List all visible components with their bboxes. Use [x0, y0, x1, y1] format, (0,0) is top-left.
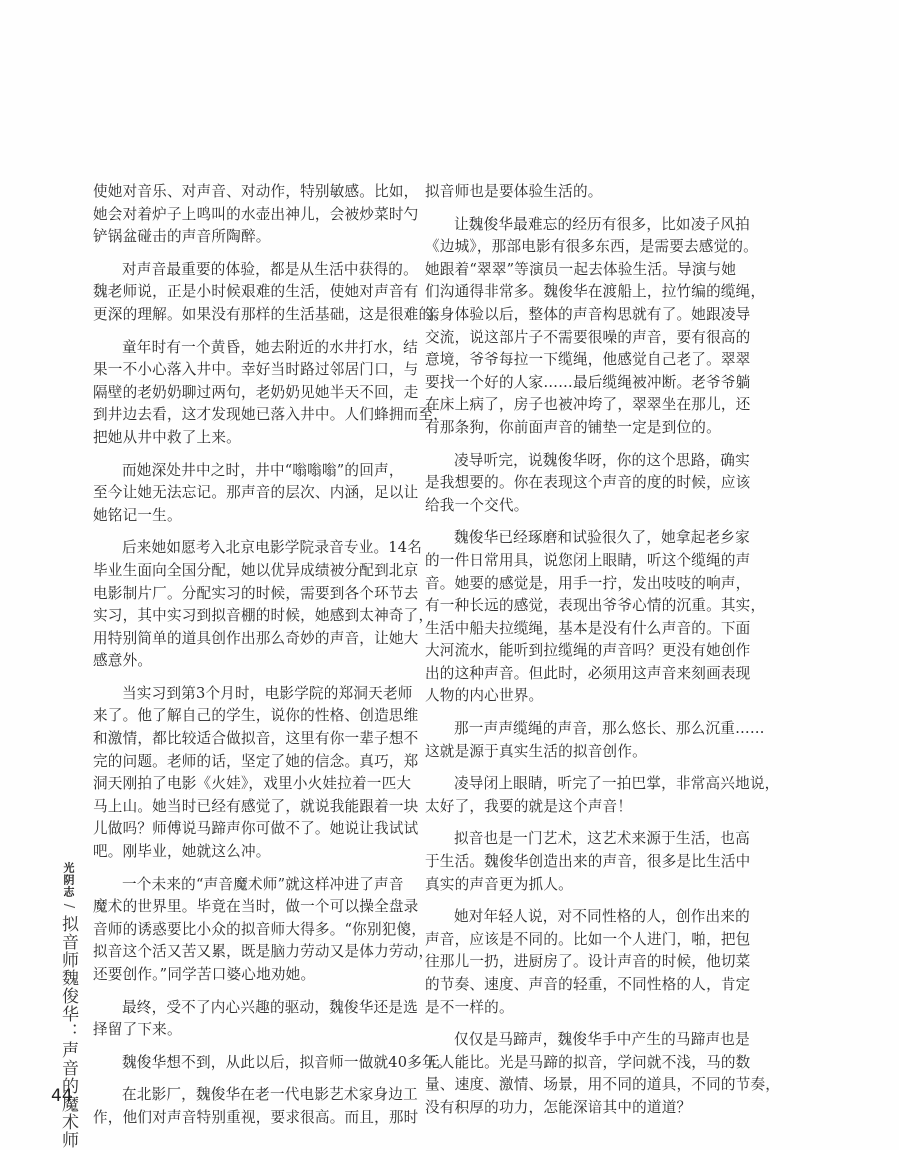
text-line: 们沟通得非常多。魏俊华在渡船上，拉竹编的缆绳，: [425, 281, 770, 304]
text-line: 童年时有一个黄昏，她去附近的水井打水，结: [93, 337, 413, 360]
text-line: 交流，说这部片子不需要很噪的声音，要有很高的: [425, 327, 770, 350]
text-line: 仅仅是马蹄声，魏俊华手中产生的马蹄声也是: [425, 1029, 770, 1052]
text-line: 魏俊华想不到，从此以后，拟音师一做就40多年。: [93, 1052, 413, 1075]
text-line: 那一声声缆绳的声音，那么悠长、那么沉重……: [425, 718, 770, 741]
text-line: 音。她要的感觉是，用手一拧，发出吱吱的响声，: [425, 573, 770, 596]
text-line: 有一种长远的感觉，表现出爷爷心情的沉重。其实，: [425, 595, 770, 618]
text-line: 实习，其中实习到拟音棚的时候，她感到太神奇了，: [93, 605, 413, 628]
text-line: 大河流水，能听到拉缆绳的声音吗？更没有她创作: [425, 640, 770, 663]
text-line: 当实习到第3个月时，电影学院的郑洞天老师: [93, 683, 413, 706]
text-line: 给我一个交代。: [425, 495, 770, 518]
text-line: 来了。他了解自己的学生，说你的性格、创造思维: [93, 705, 413, 728]
text-line: 铲锅盆碰击的声音所陶醉。: [93, 226, 413, 249]
text-line: 洞天刚拍了电影《火娃》，戏里小火娃拉着一匹大: [93, 773, 413, 796]
text-line: 拟音师也是要体验生活的。: [425, 181, 770, 204]
text-line: 人物的内心世界。: [425, 685, 770, 708]
paragraph: 魏俊华想不到，从此以后，拟音师一做就40多年。: [93, 1052, 413, 1075]
paragraph: 在北影厂，魏俊华在老一代电影艺术家身边工作，他们对声音特别重视，要求很高。而且，…: [93, 1084, 413, 1129]
text-line: 完的问题。老师的话，坚定了她的信念。真巧，郑: [93, 751, 413, 774]
text-line: 把她从井中救了上来。: [93, 427, 413, 450]
text-line: 择留了下来。: [93, 1019, 413, 1042]
text-line: 她跟着“翠翠”等演员一起去体验生活。导演与她: [425, 259, 770, 282]
text-line: 出的这种声音。但此时，必须用这声音来刻画表现: [425, 663, 770, 686]
text-line: 最终，受不了内心兴趣的驱动，魏俊华还是选: [93, 997, 413, 1020]
paragraph: 最终，受不了内心兴趣的驱动，魏俊华还是选择留了下来。: [93, 997, 413, 1042]
text-line: 她铭记一生。: [93, 505, 413, 528]
paragraph: 对声音最重要的体验，都是从生活中获得的。魏老师说，正是小时候艰难的生活，使她对声…: [93, 259, 413, 327]
text-line: 魔术的世界里。毕竟在当时，做一个可以操全盘录: [93, 896, 413, 919]
paragraph: 那一声声缆绳的声音，那么悠长、那么沉重……这就是源于真实生活的拟音创作。: [425, 718, 770, 763]
paragraph: 一个未来的“声音魔术师”就这样冲进了声音魔术的世界里。毕竟在当时，做一个可以操全…: [93, 874, 413, 987]
text-line: 凌导闭上眼睛，听完了一拍巴掌，非常高兴地说，: [425, 773, 770, 796]
paragraph: 当实习到第3个月时，电影学院的郑洞天老师来了。他了解自己的学生，说你的性格、创造…: [93, 683, 413, 864]
title-separator: /: [61, 904, 75, 908]
text-line: 声音，应该是不同的。比如一个人进门，啪，把包: [425, 929, 770, 952]
text-line: 感意外。: [93, 650, 413, 673]
text-line: 电影制片厂。分配实习的时候，需要到各个环节去: [93, 583, 413, 606]
paragraph: 拟音也是一门艺术，这艺术来源于生活，也高于生活。魏俊华创造出来的声音，很多是比生…: [425, 828, 770, 896]
text-column-right: 拟音师也是要体验生活的。让魏俊华最难忘的经历有很多，比如凌子风拍《边城》，那部电…: [425, 181, 770, 1130]
paragraph: 她对年轻人说，对不同性格的人，创作出来的声音，应该是不同的。比如一个人进门，啪，…: [425, 906, 770, 1019]
text-line: 是不一样的。: [425, 997, 770, 1020]
paragraph: 后来她如愿考入北京电影学院录音专业。14名毕业生面向全国分配，她以优异成绩被分配…: [93, 537, 413, 673]
text-line: 没有积厚的功力，怎能深谙其中的道道？: [425, 1097, 770, 1120]
text-line: 太好了，我要的就是这个声音！: [425, 796, 770, 819]
text-line: 果一不小心落入井中。幸好当时路过邻居门口，与: [93, 359, 413, 382]
paragraph: 魏俊华已经琢磨和试验很久了，她拿起老乡家的一件日常用具，说您闭上眼睛，听这个缆绳…: [425, 527, 770, 708]
text-line: 的节奏、速度、声音的轻重，不同性格的人，肯定: [425, 974, 770, 997]
paragraph: 拟音师也是要体验生活的。: [425, 181, 770, 204]
text-line: 要找一个好的人家……最后缆绳被冲断。老爷爷躺: [425, 372, 770, 395]
paragraph: 使她对音乐、对声音、对动作，特别敏感。比如，她会对着炉子上鸣叫的水壶出神儿，会被…: [93, 181, 413, 249]
magazine-page: 使她对音乐、对声音、对动作，特别敏感。比如，她会对着炉子上鸣叫的水壶出神儿，会被…: [0, 0, 899, 1150]
text-line: 更深的理解。如果没有那样的生活基础，这是很难的。: [93, 304, 413, 327]
text-line: 她对年轻人说，对不同性格的人，创作出来的: [425, 906, 770, 929]
text-line: 用特别简单的道具创作出那么奇妙的声音，让她大: [93, 628, 413, 651]
text-line: 吧。刚毕业，她就这么冲。: [93, 841, 413, 864]
text-line: 凌导听完，说魏俊华呀，你的这个思路，确实: [425, 450, 770, 473]
paragraph: 童年时有一个黄昏，她去附近的水井打水，结果一不小心落入井中。幸好当时路过邻居门口…: [93, 337, 413, 450]
article-title: 拟音师魏俊华：声音的魔术师: [58, 915, 78, 1149]
text-line: 音师的诱惑要比小众的拟音师大得多。“你别犯傻，: [93, 919, 413, 942]
text-line: 亲身体验以后，整体的声音构思就有了。她跟凌导: [425, 304, 770, 327]
text-line: 她会对着炉子上鸣叫的水壶出神儿，会被炒菜时勺: [93, 204, 413, 227]
paragraph: 凌导听完，说魏俊华呀，你的这个思路，确实是我想要的。你在表现这个声音的度的时候，…: [425, 450, 770, 518]
text-line: 魏老师说，正是小时候艰难的生活，使她对声音有: [93, 281, 413, 304]
text-line: 让魏俊华最难忘的经历有很多，比如凌子风拍: [425, 214, 770, 237]
text-line: 和激情，都比较适合做拟音，这里有你一辈子想不: [93, 728, 413, 751]
page-number: 44: [51, 1086, 73, 1106]
text-line: 真实的声音更为抓人。: [425, 874, 770, 897]
paragraph: 让魏俊华最难忘的经历有很多，比如凌子风拍《边城》，那部电影有很多东西，是需要去感…: [425, 214, 770, 440]
text-line: 是我想要的。你在表现这个声音的度的时候，应该: [425, 472, 770, 495]
text-line: 这就是源于真实生活的拟音创作。: [425, 741, 770, 764]
text-line: 毕业生面向全国分配，她以优异成绩被分配到北京: [93, 560, 413, 583]
text-line: 《边城》，那部电影有很多东西，是需要去感觉的。: [425, 236, 770, 259]
text-line: 有那条狗，你前面声音的铺垫一定是到位的。: [425, 417, 770, 440]
text-line: 到井边去看，这才发现她已落入井中。人们蜂拥而至，: [93, 404, 413, 427]
text-line: 的一件日常用具，说您闭上眼睛，听这个缆绳的声: [425, 550, 770, 573]
text-line: 魏俊华已经琢磨和试验很久了，她拿起老乡家: [425, 527, 770, 550]
text-line: 量、速度、激情、场景，用不同的道具，不同的节奏，: [425, 1074, 770, 1097]
text-line: 在北影厂，魏俊华在老一代电影艺术家身边工: [93, 1084, 413, 1107]
text-line: 还要创作。”同学苦口婆心地劝她。: [93, 964, 413, 987]
text-line: 马上山。她当时已经有感觉了，就说我能跟着一块: [93, 796, 413, 819]
text-line: 使她对音乐、对声音、对动作，特别敏感。比如，: [93, 181, 413, 204]
text-line: 对声音最重要的体验，都是从生活中获得的。: [93, 259, 413, 282]
text-line: 意境，爷爷每拉一下缆绳，他感觉自己老了。翠翠: [425, 349, 770, 372]
text-line: 拟音也是一门艺术，这艺术来源于生活，也高: [425, 828, 770, 851]
text-line: 在床上病了，房子也被冲垮了，翠翠坐在那儿，还: [425, 394, 770, 417]
text-line: 一个未来的“声音魔术师”就这样冲进了声音: [93, 874, 413, 897]
text-line: 至今让她无法忘记。那声音的层次、内涵，足以让: [93, 482, 413, 505]
text-line: 生活中船夫拉缆绳，基本是没有什么声音的。下面: [425, 618, 770, 641]
text-line: 而她深处井中之时，井中“嗡嗡嗡”的回声，: [93, 460, 413, 483]
text-line: 后来她如愿考入北京电影学院录音专业。14名: [93, 537, 413, 560]
paragraph: 而她深处井中之时，井中“嗡嗡嗡”的回声，至今让她无法忘记。那声音的层次、内涵，足…: [93, 460, 413, 528]
text-line: 作，他们对声音特别重视，要求很高。而且，那时: [93, 1107, 413, 1130]
text-line: 无人能比。光是马蹄的拟音，学问就不浅，马的数: [425, 1052, 770, 1075]
text-line: 往那儿一扔，进厨房了。设计声音的时候，他切菜: [425, 951, 770, 974]
text-column-left: 使她对音乐、对声音、对动作，特别敏感。比如，她会对着炉子上鸣叫的水壶出神儿，会被…: [93, 181, 413, 1140]
text-line: 拟音这个活又苦又累，既是脑力劳动又是体力劳动，: [93, 941, 413, 964]
text-line: 儿做吗？师傅说马蹄声你可做不了。她说让我试试: [93, 818, 413, 841]
paragraph: 仅仅是马蹄声，魏俊华手中产生的马蹄声也是无人能比。光是马蹄的拟音，学问就不浅，马…: [425, 1029, 770, 1119]
text-line: 于生活。魏俊华创造出来的声音，很多是比生活中: [425, 851, 770, 874]
magazine-name: 光阴志: [60, 862, 76, 898]
text-line: 隔壁的老奶奶聊过两句，老奶奶见她半天不回，走: [93, 382, 413, 405]
paragraph: 凌导闭上眼睛，听完了一拍巴掌，非常高兴地说，太好了，我要的就是这个声音！: [425, 773, 770, 818]
